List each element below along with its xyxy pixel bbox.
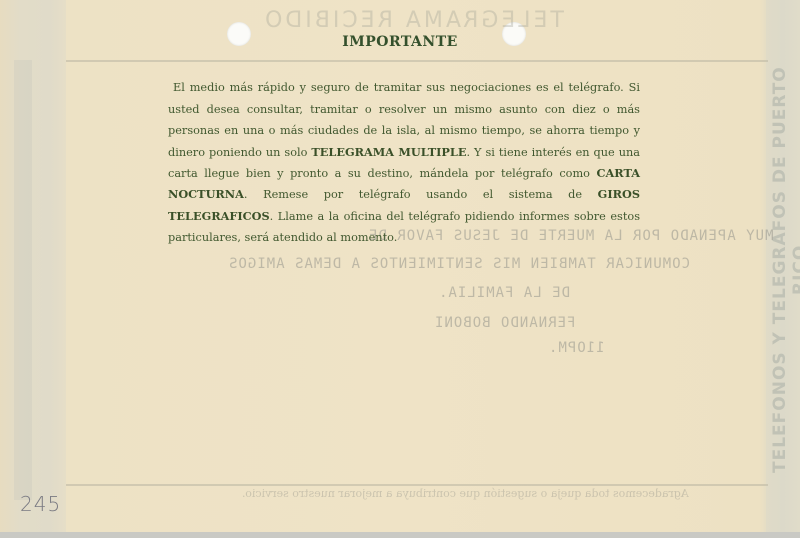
telegram-form-back: TELEFONOS Y TELEGRAFOS DE PUERTO RICO TE…: [0, 0, 800, 538]
bleed-through-line: FERNANDO BOBONI: [434, 315, 575, 331]
bleed-through-footer: Agradecemos toda queja o sugestión que c…: [242, 487, 689, 500]
left-margin-strip: [0, 0, 66, 532]
handwritten-number: 245: [20, 492, 61, 516]
bleed-through-line: 11OPM.: [548, 340, 605, 356]
side-strip-ghost-text: TELEFONOS Y TELEGRAFOS DE PUERTO RICO: [770, 60, 796, 480]
top-rule-line: [66, 60, 768, 62]
paragraph-text: . Remese por telégrafo usando el sistema…: [244, 188, 598, 201]
document-title: IMPORTANTE: [0, 34, 800, 50]
bottom-rule-line: [66, 484, 768, 486]
notice-paragraph: El medio más rápido y seguro de tramitar…: [168, 77, 640, 248]
telegrama-multiple-term: TELEGRAMA MULTIPLE: [311, 145, 466, 159]
bleed-through-header: TELEGRAMA RECIBIDO: [262, 8, 564, 33]
bleed-through-line: DE LA FAMILIA.: [438, 285, 570, 301]
bleed-through-line: COMUNICAR TAMBIEN MIS SENTIMIENTOS A DEM…: [228, 256, 690, 272]
right-margin-strip: TELEFONOS Y TELEGRAFOS DE PUERTO RICO: [766, 0, 800, 532]
left-strip-ghost-text: [14, 60, 32, 500]
scan-bottom-edge: [0, 532, 800, 538]
